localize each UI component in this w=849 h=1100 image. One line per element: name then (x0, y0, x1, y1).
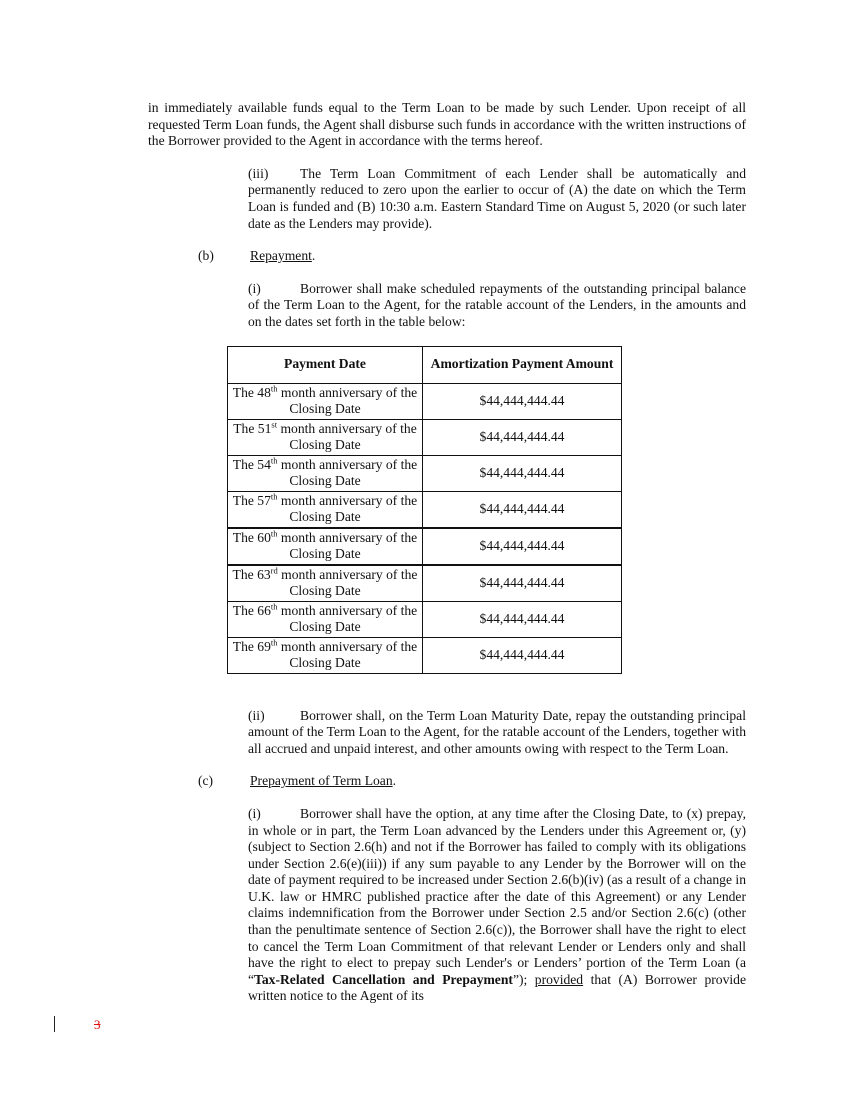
payment-date-cell: The 60th month anniversary of the Closin… (228, 528, 423, 565)
clause-text: The Term Loan Commitment of each Lender … (248, 166, 746, 231)
header-amount: Amortization Payment Amount (423, 346, 622, 383)
amortization-table: Payment Date Amortization Payment Amount… (227, 346, 622, 674)
table-row: The 66th month anniversary of the Closin… (228, 601, 622, 637)
payment-date-cell: The 57th month anniversary of the Closin… (228, 491, 423, 528)
header-payment-date: Payment Date (228, 346, 423, 383)
clause-text: Borrower shall, on the Term Loan Maturit… (248, 708, 746, 756)
payment-amount-cell: $44,444,444.44 (423, 565, 622, 602)
title-suffix: . (393, 773, 396, 788)
payment-amount-cell: $44,444,444.44 (423, 455, 622, 491)
clause-number: (i) (248, 281, 300, 298)
document-page: in immediately available funds equal to … (148, 100, 746, 1005)
payment-date-cell: The 66th month anniversary of the Closin… (228, 601, 423, 637)
clause-number: (iii) (248, 166, 300, 183)
payment-date-cell: The 48th month anniversary of the Closin… (228, 383, 423, 419)
clause-text: Borrower shall have the option, at any t… (248, 806, 746, 987)
table-row: The 69th month anniversary of the Closin… (228, 637, 622, 673)
table-row: The 60th month anniversary of the Closin… (228, 528, 622, 565)
payment-date-cell: The 54th month anniversary of the Closin… (228, 455, 423, 491)
paragraph-c-i: (i)Borrower shall have the option, at an… (148, 806, 746, 1005)
section-c-heading: (c)Prepayment of Term Loan. (148, 773, 746, 790)
clause-number: (i) (248, 806, 300, 823)
payment-amount-cell: $44,444,444.44 (423, 528, 622, 565)
table-row: The 51st month anniversary of the Closin… (228, 419, 622, 455)
section-title: Repayment (250, 248, 312, 263)
payment-date-cell: The 69th month anniversary of the Closin… (228, 637, 423, 673)
payment-amount-cell: $44,444,444.44 (423, 419, 622, 455)
table-row: The 48th month anniversary of the Closin… (228, 383, 622, 419)
paragraph-a-iii: (iii)The Term Loan Commitment of each Le… (148, 166, 746, 232)
clause-number: (ii) (248, 708, 300, 725)
section-label: (c) (198, 773, 250, 790)
table-row: The 57th month anniversary of the Closin… (228, 491, 622, 528)
payment-date-cell: The 63rd month anniversary of the Closin… (228, 565, 423, 602)
payment-amount-cell: $44,444,444.44 (423, 637, 622, 673)
clause-text: ”); (513, 972, 535, 987)
section-b-heading: (b)Repayment. (148, 248, 746, 265)
payment-amount-cell: $44,444,444.44 (423, 601, 622, 637)
defined-term: Tax-Related Cancellation and Prepayment (254, 972, 513, 987)
clause-text: Borrower shall make scheduled repayments… (248, 281, 746, 329)
paragraph-b-i: (i)Borrower shall make scheduled repayme… (148, 281, 746, 331)
payment-amount-cell: $44,444,444.44 (423, 383, 622, 419)
table-row: The 63rd month anniversary of the Closin… (228, 565, 622, 602)
table-row: The 54th month anniversary of the Closin… (228, 455, 622, 491)
paragraph-continuation: in immediately available funds equal to … (148, 100, 746, 150)
payment-date-cell: The 51st month anniversary of the Closin… (228, 419, 423, 455)
title-suffix: . (312, 248, 315, 263)
paragraph-b-ii: (ii)Borrower shall, on the Term Loan Mat… (148, 708, 746, 758)
table-header-row: Payment Date Amortization Payment Amount (228, 346, 622, 383)
section-label: (b) (198, 248, 250, 265)
payment-amount-cell: $44,444,444.44 (423, 491, 622, 528)
page-number: 3 (94, 1017, 101, 1033)
section-title: Prepayment of Term Loan (250, 773, 393, 788)
change-bar (54, 1016, 55, 1032)
provided-term: provided (535, 972, 583, 987)
